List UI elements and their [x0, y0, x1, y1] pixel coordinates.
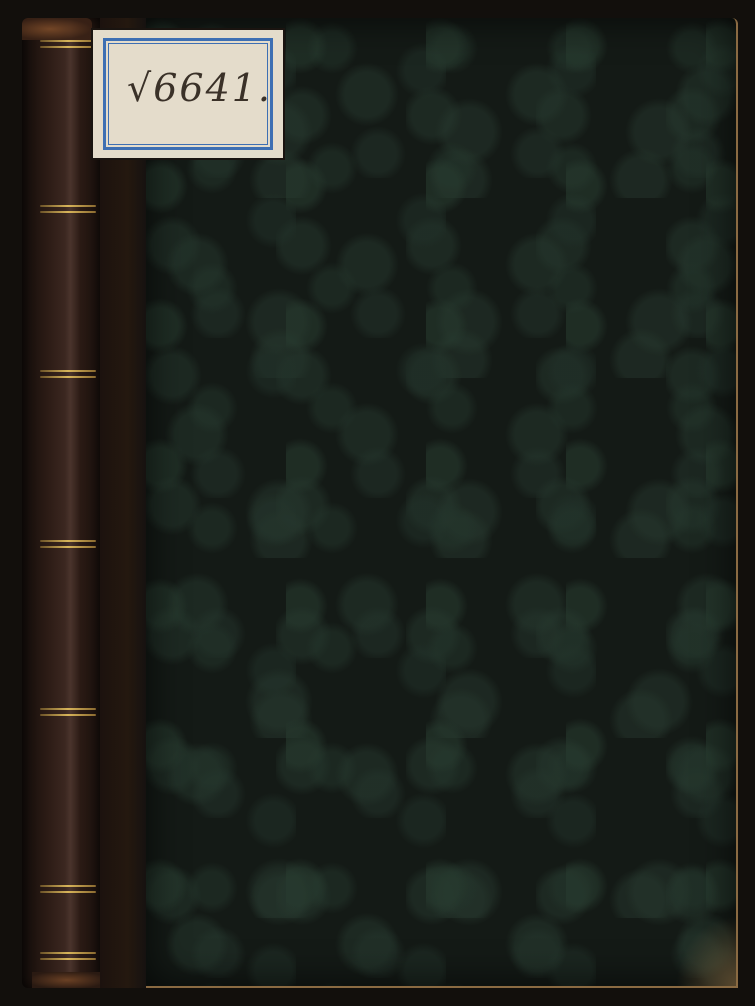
gilt-band	[40, 540, 96, 548]
gilt-band	[40, 885, 96, 893]
marbled-cover	[146, 18, 738, 988]
book-spine	[22, 18, 100, 988]
gilt-band	[40, 205, 96, 213]
spine-tailcap	[32, 972, 102, 988]
gilt-band	[40, 708, 96, 716]
board-hinge	[100, 18, 146, 988]
background: √6641.	[0, 0, 755, 1006]
corner-wear	[676, 916, 736, 986]
call-number: √6641.	[127, 66, 272, 110]
gilt-band	[40, 40, 96, 48]
library-label: √6641.	[93, 30, 283, 158]
gilt-band	[40, 952, 96, 960]
gilt-band	[40, 370, 96, 378]
spine-headcap	[22, 18, 92, 40]
